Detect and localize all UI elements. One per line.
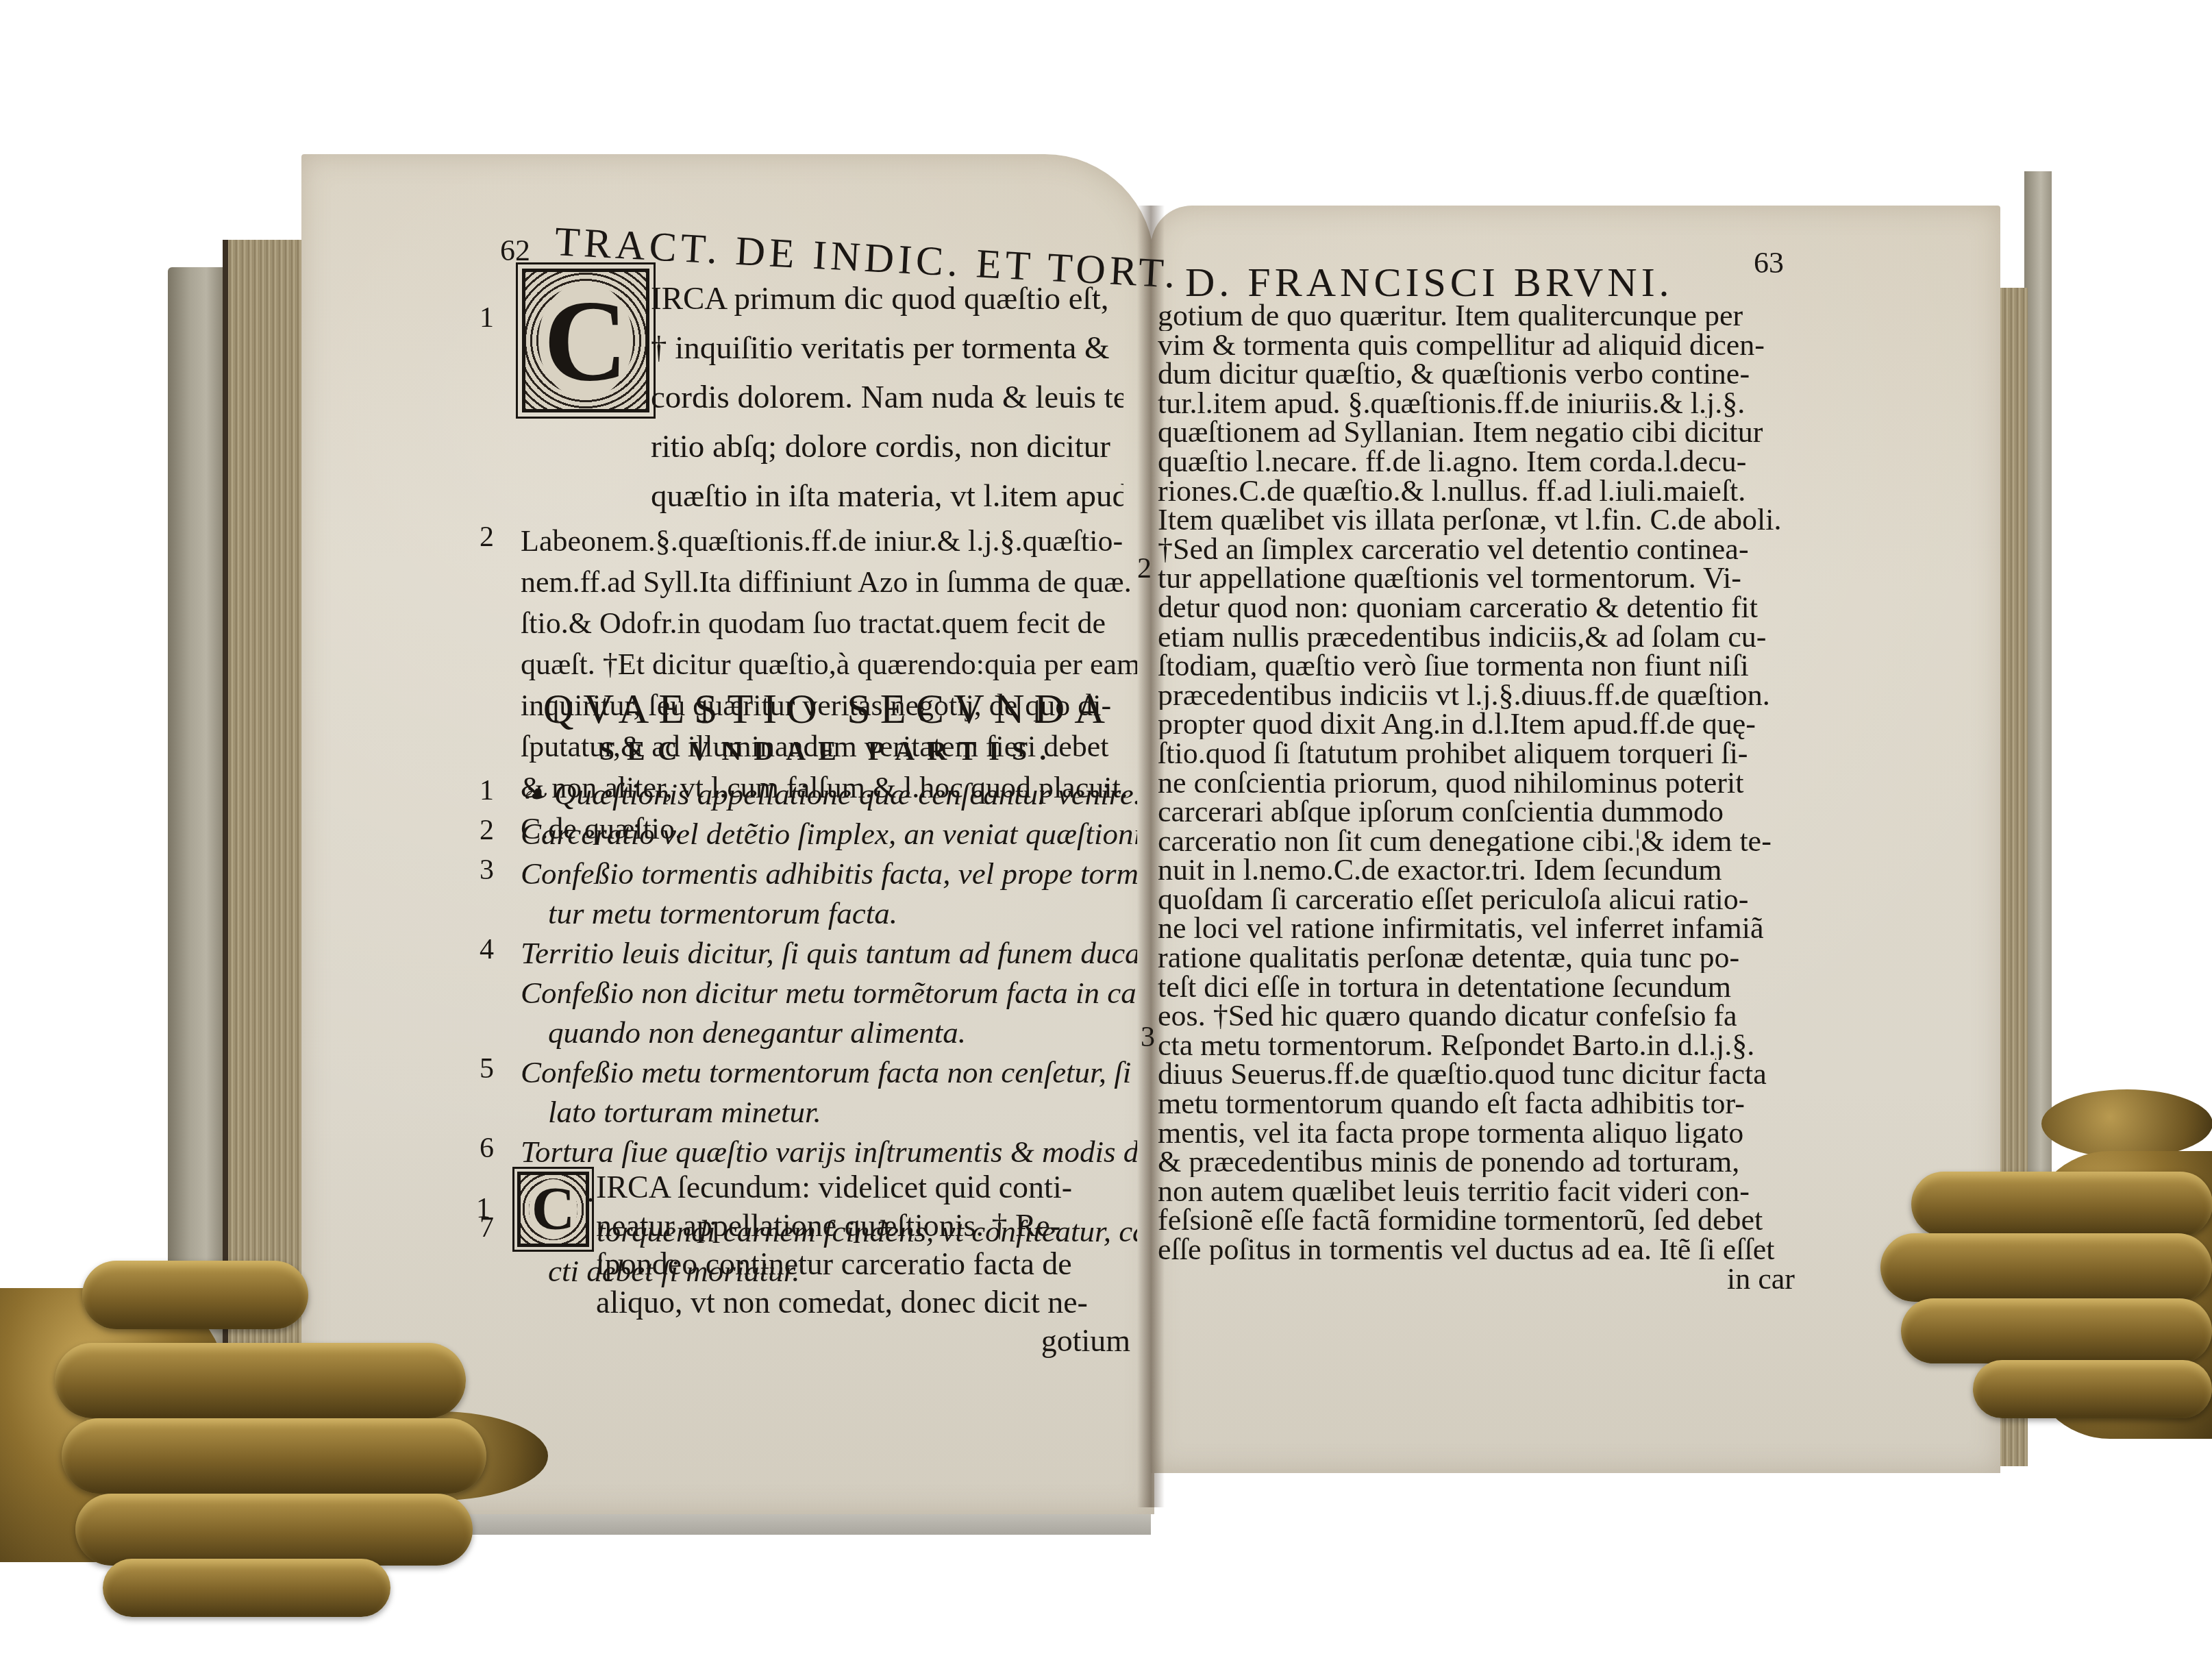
summary-line: Confeßio tormentis adhibitis facta, vel … <box>521 854 1137 893</box>
decorated-initial-c: C <box>522 269 649 412</box>
right-hand-ring-finger <box>1901 1298 2212 1363</box>
summary-item: 2 Carceratio vel detẽtio ſimplex, an ven… <box>480 814 1137 854</box>
text-line: quæſt. †Et dicitur quæſtio,à quærendo:qu… <box>521 644 1137 685</box>
text-line: quæſtionem ad Syllanian. Item negatio ci… <box>1158 418 1795 447</box>
text-line: teſt dici eſſe in tortura in detentation… <box>1158 973 1795 1002</box>
right-folio-number: 63 <box>1754 245 1784 280</box>
right-hand-index-finger <box>1911 1172 2212 1237</box>
text-line: tur.l.item apud. §.quæſtionis.ff.de iniu… <box>1158 389 1795 419</box>
right-margin-number-2: 2 <box>1137 552 1152 585</box>
text-line: ſtio.& Odofr.in quodam ſuo tractat.quem … <box>521 603 1137 644</box>
left-hand-middle-finger <box>62 1418 486 1494</box>
margin-number-1b: 1 <box>476 1192 490 1225</box>
text-line: cordis dolorem. Nam nuda & leuis ter <box>651 373 1123 422</box>
summary-line: lato torturam minetur. <box>521 1092 1137 1132</box>
text-line: † inquiſitio veritatis per tormenta & <box>651 323 1123 373</box>
catchword: in car <box>1158 1265 1795 1294</box>
text-line: tur appellatione quæſtionis vel tormento… <box>1158 564 1795 593</box>
summary-number: 6 <box>480 1132 494 1165</box>
text-line: & præcedentibus minis de ponendo ad tort… <box>1158 1148 1795 1177</box>
text-line: aliquo, vt non comedat, donec dicit ne- <box>596 1283 1130 1322</box>
catchword: gotium <box>596 1322 1130 1360</box>
text-line: nuit in l.nemo.C.de exactor.tri. Idem ſe… <box>1158 856 1795 885</box>
text-line: eos. †Sed hic quæro quando dicatur confe… <box>1158 1002 1795 1031</box>
summary-number: 1 <box>480 774 494 807</box>
summary-number: 3 <box>480 854 494 887</box>
text-line: ne conſcientia priorum, quod nihilominus… <box>1158 769 1795 798</box>
text-line: mentis, vel ita facta prope tormenta ali… <box>1158 1119 1795 1148</box>
left-section2-body: IRCA ſecundum: videlicet quid conti- nea… <box>596 1168 1130 1360</box>
text-line: nem.ff.ad Syll.Ita diffiniunt Azo in ſum… <box>521 562 1137 603</box>
right-hand-middle-finger <box>1880 1233 2212 1302</box>
text-line: quoſdam ſi carceratio eſſet periculoſa a… <box>1158 885 1795 915</box>
text-line: non autem quælibet leuis territio facit … <box>1158 1177 1795 1207</box>
text-line: ratione qualitatis perſonæ detentæ, quia… <box>1158 943 1795 973</box>
summary-line: Confeßio non dicitur metu tormẽtorum fac… <box>521 973 1137 1013</box>
text-line: feſsionẽ eſſe factã formidine tormentorũ… <box>1158 1206 1795 1235</box>
text-line: præcedentibus indiciis vt l.j.§.diuus.ff… <box>1158 681 1795 710</box>
text-line: Labeonem.§.quæſtionis.ff.de iniur.& l.j.… <box>521 521 1137 562</box>
margin-number-2: 2 <box>480 521 494 554</box>
text-line: ſpondeo continetur carceratio facta de <box>596 1245 1130 1283</box>
summary-line: quando non denegantur alimenta. <box>521 1013 1137 1052</box>
left-hand-index-finger <box>55 1343 466 1418</box>
left-hand-thumb <box>82 1261 308 1329</box>
right-running-head: D. FRANCISCI BRVNI. <box>1185 259 1674 306</box>
text-line: riones.C.de quæſtio.& l.nullus. ff.ad l.… <box>1158 477 1795 506</box>
summary-item: Confeßio non dicitur metu tormẽtorum fac… <box>480 973 1137 1052</box>
initial-letter: C <box>538 282 634 399</box>
right-hand-little-finger <box>1973 1360 2212 1418</box>
text-line: detur quod non: quoniam carceratio & det… <box>1158 593 1795 623</box>
text-line: cta metu tormentorum. Reſpondet Barto.in… <box>1158 1031 1795 1061</box>
left-hand-ring-finger <box>75 1494 473 1566</box>
summary-number: 4 <box>480 933 494 966</box>
text-line: eſſe poſitus in tormentis vel ductus ad … <box>1158 1235 1795 1265</box>
left-hand-little-finger <box>103 1559 390 1617</box>
summary-number: 2 <box>480 814 494 847</box>
margin-number-1: 1 <box>480 301 494 334</box>
decorated-initial-c-small: C <box>517 1172 589 1247</box>
summary-line: Carceratio vel detẽtio ſimplex, an venia… <box>521 814 1137 854</box>
summary-line: ❧ Quæſtionis appellatione quæ cenſeantur… <box>521 774 1137 814</box>
text-line: ſtodiam, quæſtio verò ſiue tormenta non … <box>1158 652 1795 681</box>
text-line: IRCA ſecundum: videlicet quid conti- <box>596 1168 1130 1207</box>
summary-item: 3 Confeßio tormentis adhibitis facta, ve… <box>480 854 1137 933</box>
left-section1-indented: IRCA primum dic quod quæſtio eſt, † inqu… <box>651 274 1123 521</box>
summary-line: Territio leuis dicitur, ſi quis tantum a… <box>521 933 1137 973</box>
text-line: neatur appellatione quæſtionis. † Re- <box>596 1207 1130 1245</box>
summary-line: Tortura ſiue quæſtio varijs inſtrumentis… <box>521 1132 1137 1172</box>
text-line: etiam nullis præcedentibus indiciis,& ad… <box>1158 623 1795 652</box>
summary-item: 1 ❧ Quæſtionis appellatione quæ cenſeant… <box>480 774 1137 814</box>
text-line: propter quod dixit Ang.in d.l.Item apud.… <box>1158 710 1795 739</box>
text-line: IRCA primum dic quod quæſtio eſt, <box>651 274 1123 323</box>
left-folio-number: 62 <box>500 233 530 268</box>
text-line: dum dicitur quæſtio, & quæſtionis verbo … <box>1158 360 1795 389</box>
text-line: quæſtio l.necare. ff.de li.agno. Item co… <box>1158 447 1795 477</box>
text-line: vim & tormenta quis compellitur ad aliqu… <box>1158 331 1795 360</box>
quaestio-heading: QVAESTIO SECVNDA <box>521 685 1137 734</box>
text-line: gotium de quo quæritur. Item qualitercun… <box>1158 301 1795 331</box>
text-line: diuus Seuerus.ff.de quæſtio.quod tunc di… <box>1158 1060 1795 1089</box>
summary-line: Confeßio metu tormentorum facta non cenſ… <box>521 1052 1137 1092</box>
text-line: carceratio non ſit cum denegatione cibi.… <box>1158 827 1795 856</box>
right-stand-scroll-ornament <box>2041 1089 2212 1158</box>
right-body: gotium de quo quæritur. Item qualitercun… <box>1158 301 1795 1294</box>
summary-number: 5 <box>480 1052 494 1085</box>
text-line: Item quælibet vis illata perſonæ, vt l.f… <box>1158 506 1795 535</box>
initial-letter: C <box>529 1179 578 1239</box>
summary-item: 4 Territio leuis dicitur, ſi quis tantum… <box>480 933 1137 973</box>
summary-line: tur metu tormentorum facta. <box>521 893 1137 933</box>
text-line: metu tormentorum quando eſt facta adhibi… <box>1158 1089 1795 1119</box>
text-line: †Sed an ſimplex carceratio vel detentio … <box>1158 535 1795 565</box>
text-line: carcerari abſque ipſorum conſcientia dum… <box>1158 798 1795 827</box>
text-line: ne loci vel ratione infirmitatis, vel in… <box>1158 914 1795 943</box>
text-line: quæſtio in iſta materia, vt l.item apud <box>651 471 1123 521</box>
summary-item: 5 Confeßio metu tormentorum facta non ce… <box>480 1052 1137 1132</box>
text-line: ſtio.quod ſi ſtatutum prohibet aliquem t… <box>1158 739 1795 769</box>
quaestio-subheading: SECVNDAE PARTIS. <box>521 734 1137 767</box>
text-line: ritio abſq; dolore cordis, non dicitur <box>651 422 1123 471</box>
right-margin-number-3: 3 <box>1141 1021 1155 1054</box>
